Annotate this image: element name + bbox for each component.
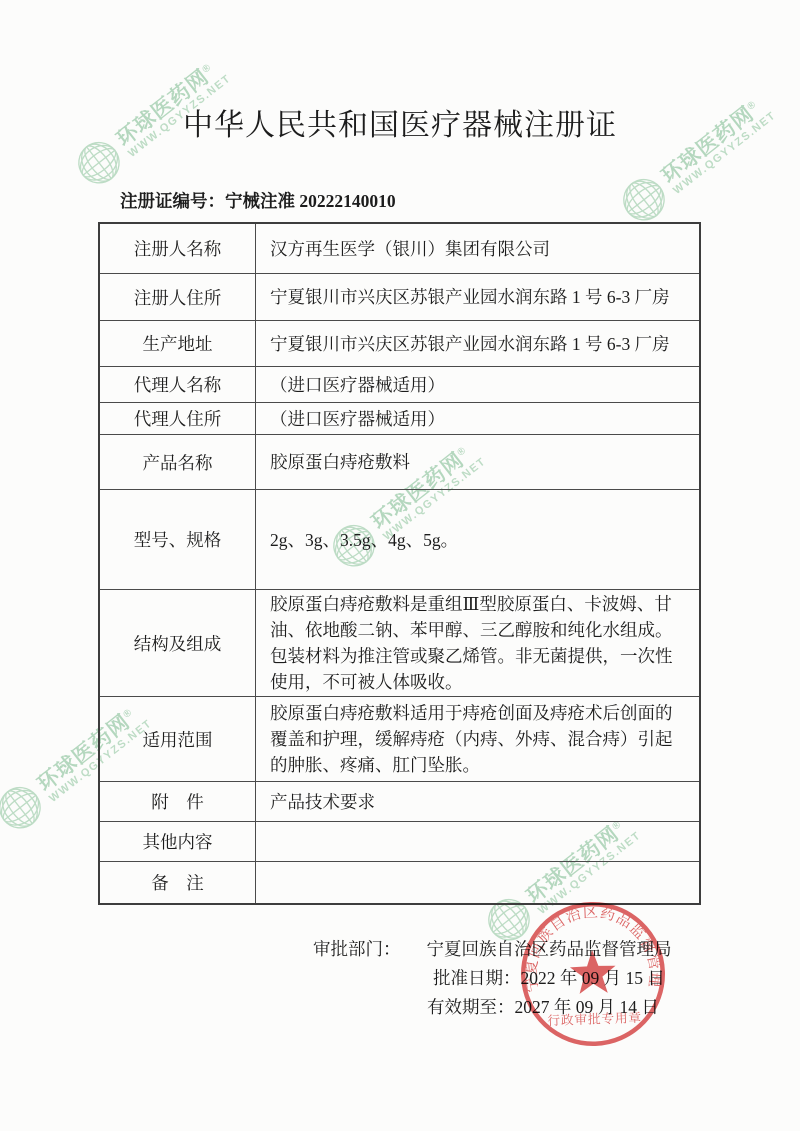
table-row: 注册人住所宁夏银川市兴庆区苏银产业园水润东路 1 号 6-3 厂房 [100, 274, 699, 321]
row-value: 汉方再生医学（银川）集团有限公司 [256, 224, 699, 273]
table-row: 产品名称胶原蛋白痔疮敷料 [100, 435, 699, 490]
table-row: 备 注 [100, 862, 699, 903]
row-label: 结构及组成 [100, 590, 256, 696]
table-row: 结构及组成胶原蛋白痔疮敷料是重组Ⅲ型胶原蛋白、卡波姆、甘油、依地酸二钠、苯甲醇、… [100, 590, 699, 697]
row-value: 宁夏银川市兴庆区苏银产业园水润东路 1 号 6-3 厂房 [256, 321, 699, 366]
row-label: 适用范围 [100, 697, 256, 781]
row-value: （进口医疗器械适用） [256, 367, 699, 402]
table-row: 生产地址宁夏银川市兴庆区苏银产业园水润东路 1 号 6-3 厂房 [100, 321, 699, 367]
registration-number-label: 注册证编号： [120, 191, 225, 211]
approval-department-value: 宁夏回族自治区药品监督管理局 [427, 939, 672, 959]
table-row: 代理人住所（进口医疗器械适用） [100, 403, 699, 435]
row-label: 代理人名称 [100, 367, 256, 402]
table-row: 其他内容 [100, 822, 699, 862]
valid-until-label: 有效期至： [427, 997, 515, 1017]
registration-number: 注册证编号：宁械注准 20222140010 [120, 188, 396, 213]
table-row: 注册人名称汉方再生医学（银川）集团有限公司 [100, 224, 699, 274]
row-label: 其他内容 [100, 822, 256, 861]
row-label: 生产地址 [100, 321, 256, 366]
approval-date: 批准日期：2022 年 09 月 15 日 [433, 965, 665, 990]
valid-until: 有效期至：2027 年 09 月 14 日 [427, 994, 659, 1019]
row-value: （进口医疗器械适用） [256, 403, 699, 434]
row-label: 型号、规格 [100, 490, 256, 589]
row-label: 附 件 [100, 782, 256, 821]
approval-date-value: 2022 年 09 月 15 日 [521, 968, 665, 988]
row-value: 胶原蛋白痔疮敷料适用于痔疮创面及痔疮术后创面的覆盖和护理，缓解痔疮（内痔、外痔、… [256, 697, 699, 781]
approval-department: 审批部门：宁夏回族自治区药品监督管理局 [313, 936, 672, 961]
globe-icon [0, 775, 52, 840]
table-row: 适用范围胶原蛋白痔疮敷料适用于痔疮创面及痔疮术后创面的覆盖和护理，缓解痔疮（内痔… [100, 697, 699, 782]
row-label: 代理人住所 [100, 403, 256, 434]
approval-date-label: 批准日期： [433, 968, 521, 988]
row-value: 胶原蛋白痔疮敷料 [256, 435, 699, 489]
row-label: 注册人住所 [100, 274, 256, 320]
row-value [256, 822, 699, 861]
table-row: 型号、规格2g、3g、3.5g、4g、5g。 [100, 490, 699, 590]
row-label: 备 注 [100, 862, 256, 903]
row-label: 注册人名称 [100, 224, 256, 273]
registration-number-value: 宁械注准 20222140010 [225, 191, 396, 211]
row-label: 产品名称 [100, 435, 256, 489]
row-value: 产品技术要求 [256, 782, 699, 821]
row-value [256, 862, 699, 903]
table-row: 代理人名称（进口医疗器械适用） [100, 367, 699, 403]
table-row: 附 件产品技术要求 [100, 782, 699, 822]
row-value: 胶原蛋白痔疮敷料是重组Ⅲ型胶原蛋白、卡波姆、甘油、依地酸二钠、苯甲醇、三乙醇胺和… [256, 590, 699, 696]
row-value: 宁夏银川市兴庆区苏银产业园水润东路 1 号 6-3 厂房 [256, 274, 699, 320]
valid-until-value: 2027 年 09 月 14 日 [515, 997, 659, 1017]
page-title: 中华人民共和国医疗器械注册证 [0, 100, 800, 144]
row-value: 2g、3g、3.5g、4g、5g。 [256, 490, 699, 589]
certificate-table: 注册人名称汉方再生医学（银川）集团有限公司 注册人住所宁夏银川市兴庆区苏银产业园… [98, 222, 701, 905]
certificate-page: 环球医药网® WWW.QGYYZS.NET 环球医药网® WWW.QGYYZS.… [0, 0, 800, 1131]
approval-department-label: 审批部门： [313, 939, 401, 959]
